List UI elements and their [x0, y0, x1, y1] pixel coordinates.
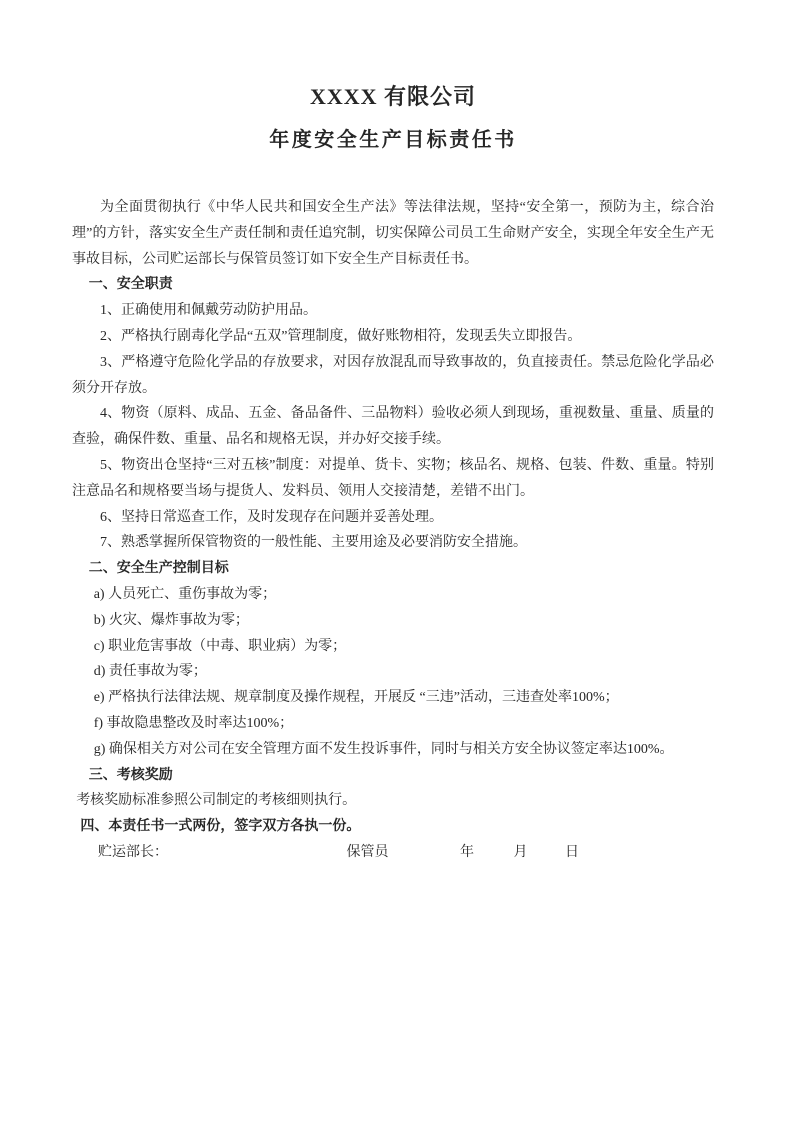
section-heading-assessment-reward: 三、考核奖励	[72, 763, 714, 789]
list-item: 3、严格遵守危险化学品的存放要求，对因存放混乱而导致事故的，负直接责任。禁忌危险…	[72, 350, 714, 402]
list-item: c) 职业危害事故（中毒、职业病）为零；	[72, 634, 714, 660]
list-item: 5、物资出仓坚持“三对五核”制度：对提单、货卡、实物；核品名、规格、包装、件数、…	[72, 453, 714, 505]
doc-subtitle: 年度安全生产目标责任书	[72, 125, 714, 155]
list-item: 4、物资（原料、成品、五金、备品备件、三品物料）验收必须人到现场，重视数量、重量…	[72, 401, 714, 453]
list-item: 6、坚持日常巡查工作，及时发现存在问题并妥善处理。	[72, 505, 714, 531]
signature-month-label: 月	[514, 845, 528, 860]
list-item: 2、严格执行剧毒化学品“五双”管理制度，做好账物相符，发现丢失立即报告。	[72, 324, 714, 350]
document-page: XXXX 有限公司 年度安全生产目标责任书 为全面贯彻执行《中华人民共和国安全生…	[0, 0, 793, 1122]
signature-left-label: 贮运部长：	[98, 845, 168, 860]
list-item: e) 严格执行法律法规、规章制度及操作规程，开展反 “三违”活动，三违查处率10…	[72, 685, 714, 711]
signature-row: 贮运部长： 保管员 年 月 日	[72, 840, 714, 866]
section-heading-copies: 四、本责任书一式两份，签字双方各执一份。	[72, 814, 714, 840]
list-item: b) 火灾、爆炸事故为零；	[72, 608, 714, 634]
list-item: 考核奖励标准参照公司制定的考核细则执行。	[72, 788, 714, 814]
list-item: a) 人员死亡、重伤事故为零；	[72, 582, 714, 608]
intro-paragraph: 为全面贯彻执行《中华人民共和国安全生产法》等法律法规，坚持“安全第一，预防为主，…	[72, 195, 714, 272]
list-item: 1、正确使用和佩戴劳动防护用品。	[72, 298, 714, 324]
signature-right-label: 保管员	[347, 845, 389, 860]
signature-day-label: 日	[565, 845, 579, 860]
section-heading-safety-duties: 一、安全职责	[72, 272, 714, 298]
list-item: d) 责任事故为零；	[72, 659, 714, 685]
list-item: f) 事故隐患整改及时率达100%；	[72, 711, 714, 737]
signature-year-label: 年	[460, 845, 474, 860]
section-heading-control-targets: 二、安全生产控制目标	[72, 556, 714, 582]
list-item: g) 确保相关方对公司在安全管理方面不发生投诉事件，同时与相关方安全协议签定率达…	[72, 737, 714, 763]
doc-title: XXXX 有限公司	[72, 82, 714, 112]
list-item: 7、熟悉掌握所保管物资的一般性能、主要用途及必要消防安全措施。	[72, 530, 714, 556]
